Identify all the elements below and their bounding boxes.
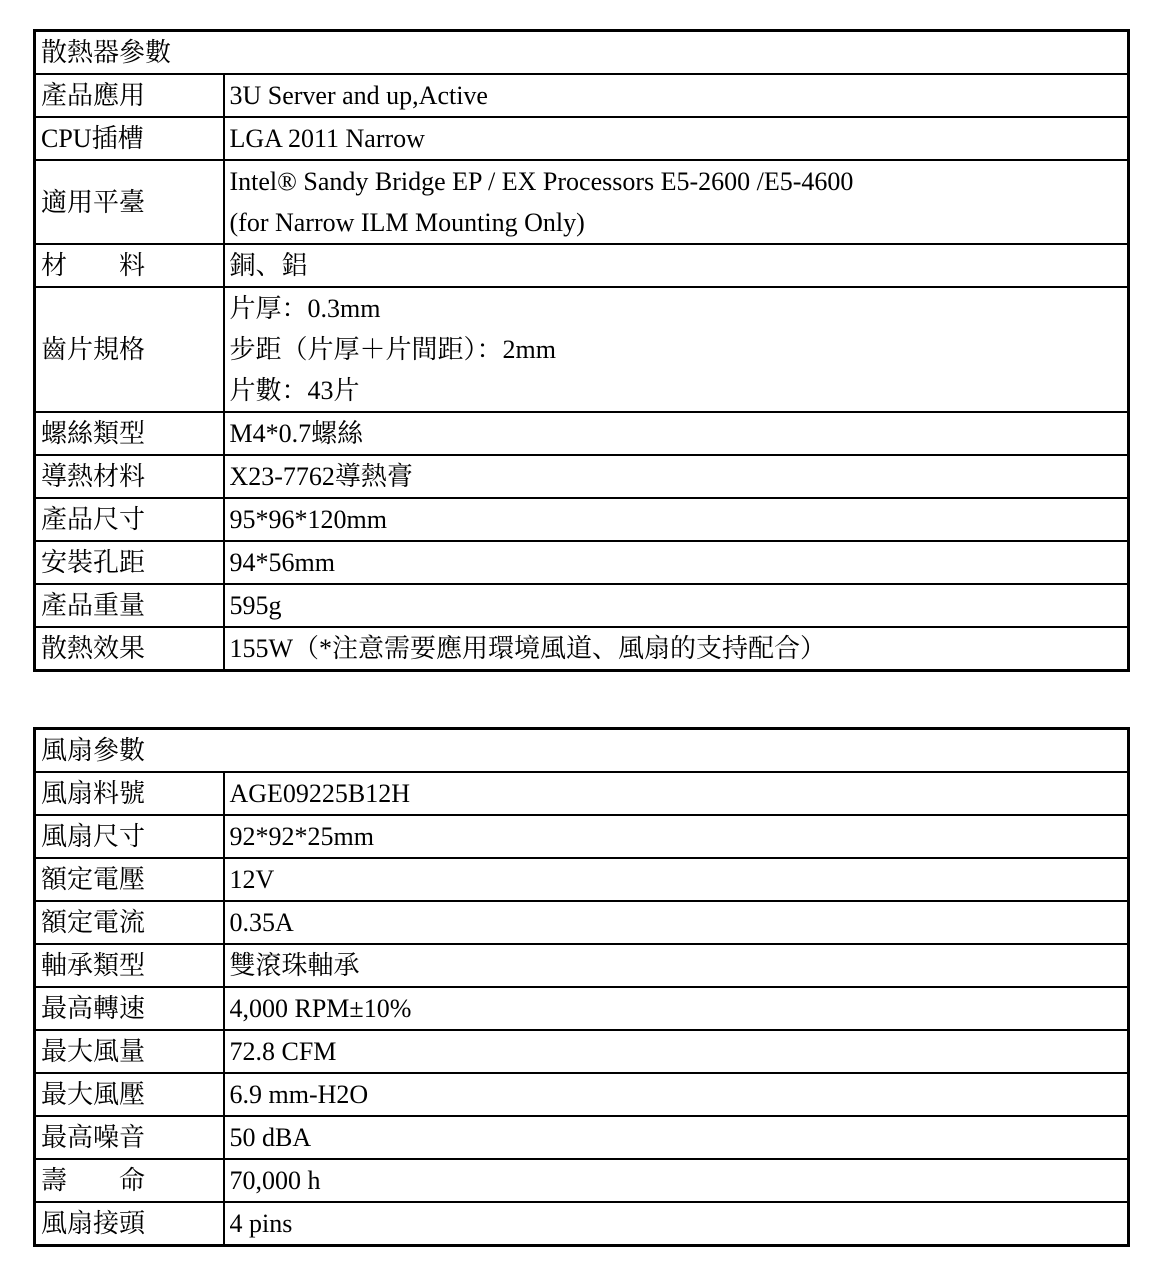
spec-row: 風扇接頭4 pins xyxy=(35,1202,1129,1246)
document-page: 散熱器參數產品應用3U Server and up,ActiveCPU插槽LGA… xyxy=(0,0,1167,1247)
spec-value-cell: 155W（*注意需要應用環境風道、風扇的支持配合） xyxy=(224,627,1129,671)
spec-value-line: 片厚：0.3mm xyxy=(230,288,1123,329)
spec-value-line: 0.35A xyxy=(230,902,1123,943)
spec-row: 風扇尺寸92*92*25mm xyxy=(35,815,1129,858)
spec-value-line: X23-7762導熱膏 xyxy=(230,456,1123,497)
spec-value-line: Intel® Sandy Bridge EP / EX Processors E… xyxy=(230,161,1123,202)
spec-value-line: 4,000 RPM±10% xyxy=(230,988,1123,1029)
spec-value-line: 12V xyxy=(230,859,1123,900)
spec-value-cell: 72.8 CFM xyxy=(224,1030,1129,1073)
spec-value-cell: 50 dBA xyxy=(224,1116,1129,1159)
spec-value-line: 72.8 CFM xyxy=(230,1031,1123,1072)
spec-row: 安裝孔距94*56mm xyxy=(35,541,1129,584)
spec-label-cell: 產品重量 xyxy=(35,584,224,627)
spec-value-line: 步距（片厚＋片間距）：2mm xyxy=(230,329,1123,370)
spec-row: 適用平臺Intel® Sandy Bridge EP / EX Processo… xyxy=(35,160,1129,244)
spec-value-cell: 銅、鋁 xyxy=(224,244,1129,287)
spec-row: 額定電壓12V xyxy=(35,858,1129,901)
spec-value-line: M4*0.7螺絲 xyxy=(230,413,1123,454)
spec-label-cell: 材 料 xyxy=(35,244,224,287)
spec-value-cell: 595g xyxy=(224,584,1129,627)
spec-row: 壽 命70,000 h xyxy=(35,1159,1129,1202)
spec-label-cell: 適用平臺 xyxy=(35,160,224,244)
spec-value-cell: 70,000 h xyxy=(224,1159,1129,1202)
spec-value-line: 595g xyxy=(230,585,1123,626)
spec-label-cell: 產品尺寸 xyxy=(35,498,224,541)
table-title-row: 風扇參數 xyxy=(35,729,1129,773)
spec-value-line: 70,000 h xyxy=(230,1160,1123,1201)
spec-value-line: 95*96*120mm xyxy=(230,499,1123,540)
spec-label-cell: 螺絲類型 xyxy=(35,412,224,455)
spec-label-cell: 風扇料號 xyxy=(35,772,224,815)
heatsink-spec-table: 散熱器參數產品應用3U Server and up,ActiveCPU插槽LGA… xyxy=(33,29,1130,672)
spec-row: 散熱效果155W（*注意需要應用環境風道、風扇的支持配合） xyxy=(35,627,1129,671)
spec-row: 最高噪音50 dBA xyxy=(35,1116,1129,1159)
spec-value-cell: AGE09225B12H xyxy=(224,772,1129,815)
spec-value-cell: 12V xyxy=(224,858,1129,901)
spec-value-line: 4 pins xyxy=(230,1203,1123,1244)
spec-row: 額定電流0.35A xyxy=(35,901,1129,944)
spec-label-cell: CPU插槽 xyxy=(35,117,224,160)
spec-value-cell: LGA 2011 Narrow xyxy=(224,117,1129,160)
spec-row: 材 料銅、鋁 xyxy=(35,244,1129,287)
spec-value-line: AGE09225B12H xyxy=(230,773,1123,814)
table-title: 風扇參數 xyxy=(35,729,1129,773)
spec-label-cell: 最大風量 xyxy=(35,1030,224,1073)
spec-value-cell: 0.35A xyxy=(224,901,1129,944)
spec-value-line: 94*56mm xyxy=(230,542,1123,583)
spec-value-cell: 4,000 RPM±10% xyxy=(224,987,1129,1030)
spec-label-cell: 額定電流 xyxy=(35,901,224,944)
spec-value-line: 3U Server and up,Active xyxy=(230,75,1123,116)
spec-value-line: 92*92*25mm xyxy=(230,816,1123,857)
spec-row: 最高轉速4,000 RPM±10% xyxy=(35,987,1129,1030)
spec-value-cell: X23-7762導熱膏 xyxy=(224,455,1129,498)
spec-value-line: 50 dBA xyxy=(230,1117,1123,1158)
spec-value-cell: 片厚：0.3mm步距（片厚＋片間距）：2mm片數：43片 xyxy=(224,287,1129,412)
spec-row: 導熱材料X23-7762導熱膏 xyxy=(35,455,1129,498)
spec-label-cell: 額定電壓 xyxy=(35,858,224,901)
spec-value-line: 銅、鋁 xyxy=(230,245,1123,286)
spec-value-line: 片數：43片 xyxy=(230,370,1123,411)
spec-row: 產品重量595g xyxy=(35,584,1129,627)
spec-value-cell: 4 pins xyxy=(224,1202,1129,1246)
spec-label-cell: 最大風壓 xyxy=(35,1073,224,1116)
spec-label-cell: 最高噪音 xyxy=(35,1116,224,1159)
spec-value-line: 155W（*注意需要應用環境風道、風扇的支持配合） xyxy=(230,628,1123,669)
spec-value-cell: 94*56mm xyxy=(224,541,1129,584)
table-title-row: 散熱器參數 xyxy=(35,31,1129,75)
spec-value-cell: M4*0.7螺絲 xyxy=(224,412,1129,455)
spec-row: 最大風量72.8 CFM xyxy=(35,1030,1129,1073)
heatsink-spec-body: 散熱器參數產品應用3U Server and up,ActiveCPU插槽LGA… xyxy=(35,31,1129,671)
spec-label-cell: 產品應用 xyxy=(35,74,224,117)
spec-value-cell: 92*92*25mm xyxy=(224,815,1129,858)
spec-row: 螺絲類型M4*0.7螺絲 xyxy=(35,412,1129,455)
spec-row: 軸承類型雙滾珠軸承 xyxy=(35,944,1129,987)
spec-row: 齒片規格片厚：0.3mm步距（片厚＋片間距）：2mm片數：43片 xyxy=(35,287,1129,412)
table-title: 散熱器參數 xyxy=(35,31,1129,75)
spec-label-cell: 風扇接頭 xyxy=(35,1202,224,1246)
spec-label-cell: 壽 命 xyxy=(35,1159,224,1202)
spec-row: 產品應用3U Server and up,Active xyxy=(35,74,1129,117)
spec-label-cell: 散熱效果 xyxy=(35,627,224,671)
spec-row: 最大風壓6.9 mm-H2O xyxy=(35,1073,1129,1116)
spec-row: CPU插槽LGA 2011 Narrow xyxy=(35,117,1129,160)
spec-value-line: LGA 2011 Narrow xyxy=(230,118,1123,159)
spec-label-cell: 風扇尺寸 xyxy=(35,815,224,858)
spec-value-line: 雙滾珠軸承 xyxy=(230,945,1123,986)
spec-value-cell: 6.9 mm-H2O xyxy=(224,1073,1129,1116)
spec-label-cell: 導熱材料 xyxy=(35,455,224,498)
spec-value-cell: 雙滾珠軸承 xyxy=(224,944,1129,987)
spec-row: 風扇料號AGE09225B12H xyxy=(35,772,1129,815)
spec-label-cell: 最高轉速 xyxy=(35,987,224,1030)
spec-value-line: (for Narrow ILM Mounting Only) xyxy=(230,202,1123,243)
spec-row: 產品尺寸95*96*120mm xyxy=(35,498,1129,541)
fan-spec-body: 風扇參數風扇料號AGE09225B12H風扇尺寸92*92*25mm額定電壓12… xyxy=(35,729,1129,1246)
spec-label-cell: 軸承類型 xyxy=(35,944,224,987)
spec-value-cell: 3U Server and up,Active xyxy=(224,74,1129,117)
spec-value-line: 6.9 mm-H2O xyxy=(230,1074,1123,1115)
spec-value-cell: 95*96*120mm xyxy=(224,498,1129,541)
spec-value-cell: Intel® Sandy Bridge EP / EX Processors E… xyxy=(224,160,1129,244)
spec-label-cell: 齒片規格 xyxy=(35,287,224,412)
spec-label-cell: 安裝孔距 xyxy=(35,541,224,584)
fan-spec-table: 風扇參數風扇料號AGE09225B12H風扇尺寸92*92*25mm額定電壓12… xyxy=(33,727,1130,1247)
